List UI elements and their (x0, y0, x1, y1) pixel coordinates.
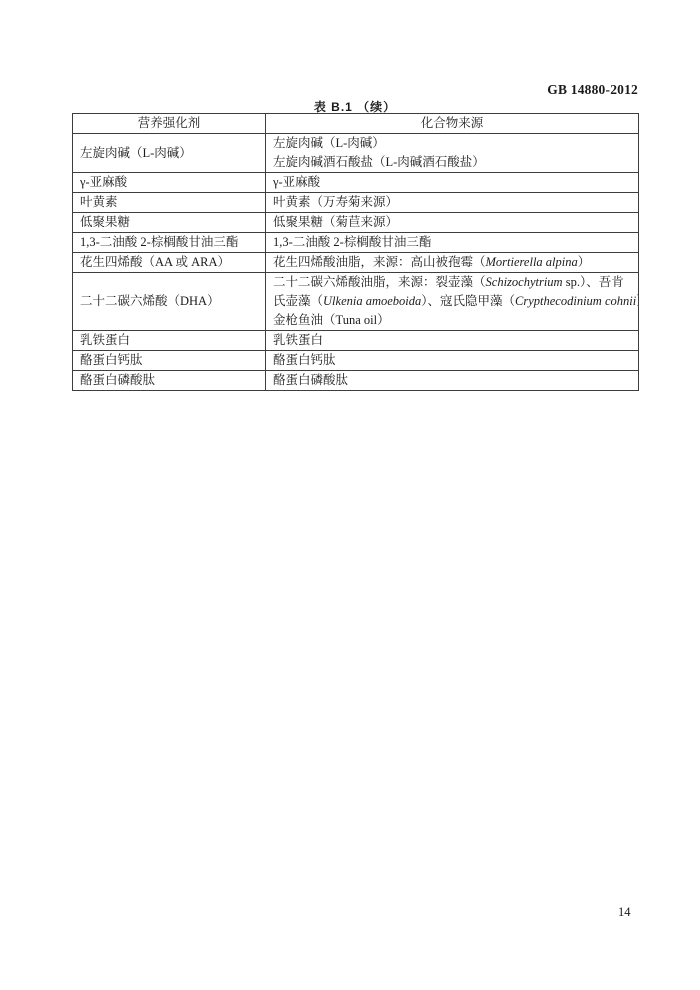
nutrient-source-table: 营养强化剂 化合物来源 左旋肉碱（L-肉碱）左旋肉碱（L-肉碱）左旋肉碱酒石酸盐… (72, 113, 639, 391)
source-line: 酪蛋白磷酸肽 (273, 371, 631, 390)
column-header-fortifier: 营养强化剂 (73, 114, 266, 134)
table-row: 左旋肉碱（L-肉碱）左旋肉碱（L-肉碱）左旋肉碱酒石酸盐（L-肉碱酒石酸盐） (73, 134, 639, 173)
table-row: 二十二碳六烯酸（DHA）二十二碳六烯酸油脂，来源：裂壶藻（Schizochytr… (73, 273, 639, 331)
source-cell: 低聚果糖（菊苣来源） (266, 213, 639, 233)
source-line: 金枪鱼油（Tuna oil） (273, 311, 631, 330)
source-line: 酪蛋白钙肽 (273, 351, 631, 370)
standard-number: GB 14880-2012 (547, 82, 638, 98)
source-line: 1,3-二油酸 2-棕榈酸甘油三酯 (273, 233, 631, 252)
fortifier-cell: 叶黄素 (73, 193, 266, 213)
fortifier-cell: 1,3-二油酸 2-棕榈酸甘油三酯 (73, 233, 266, 253)
table-header-row: 营养强化剂 化合物来源 (73, 114, 639, 134)
document-page: GB 14880-2012 表 B.1 （续） 营养强化剂 化合物来源 左旋肉碱… (0, 0, 700, 990)
table-row: 1,3-二油酸 2-棕榈酸甘油三酯1,3-二油酸 2-棕榈酸甘油三酯 (73, 233, 639, 253)
source-line: 叶黄素（万寿菊来源） (273, 193, 631, 212)
source-line: 氏壶藻（Ulkenia amoeboida）、寇氏隐甲藻（Crypthecodi… (273, 292, 631, 311)
fortifier-cell: 左旋肉碱（L-肉碱） (73, 134, 266, 173)
source-cell: 二十二碳六烯酸油脂，来源：裂壶藻（Schizochytrium sp.）、吾肯氏… (266, 273, 639, 331)
source-cell: 叶黄素（万寿菊来源） (266, 193, 639, 213)
fortifier-cell: 低聚果糖 (73, 213, 266, 233)
source-line: 二十二碳六烯酸油脂，来源：裂壶藻（Schizochytrium sp.）、吾肯 (273, 273, 631, 292)
column-header-source: 化合物来源 (266, 114, 639, 134)
fortifier-cell: 酪蛋白磷酸肽 (73, 371, 266, 391)
fortifier-cell: 花生四烯酸（AA 或 ARA） (73, 253, 266, 273)
table-body: 左旋肉碱（L-肉碱）左旋肉碱（L-肉碱）左旋肉碱酒石酸盐（L-肉碱酒石酸盐）γ-… (73, 134, 639, 391)
page-number: 14 (618, 905, 631, 920)
table-row: 叶黄素叶黄素（万寿菊来源） (73, 193, 639, 213)
source-cell: 乳铁蛋白 (266, 331, 639, 351)
table-row: 低聚果糖低聚果糖（菊苣来源） (73, 213, 639, 233)
source-cell: 花生四烯酸油脂，来源：高山被孢霉（Mortierella alpina） (266, 253, 639, 273)
source-cell: γ-亚麻酸 (266, 173, 639, 193)
fortifier-cell: 二十二碳六烯酸（DHA） (73, 273, 266, 331)
source-cell: 酪蛋白磷酸肽 (266, 371, 639, 391)
fortifier-cell: 酪蛋白钙肽 (73, 351, 266, 371)
source-cell: 左旋肉碱（L-肉碱）左旋肉碱酒石酸盐（L-肉碱酒石酸盐） (266, 134, 639, 173)
table-row: 酪蛋白磷酸肽酪蛋白磷酸肽 (73, 371, 639, 391)
source-line: 低聚果糖（菊苣来源） (273, 213, 631, 232)
table-row: 乳铁蛋白乳铁蛋白 (73, 331, 639, 351)
source-line: 左旋肉碱酒石酸盐（L-肉碱酒石酸盐） (273, 153, 631, 172)
source-cell: 1,3-二油酸 2-棕榈酸甘油三酯 (266, 233, 639, 253)
source-line: 乳铁蛋白 (273, 331, 631, 350)
table-row: 酪蛋白钙肽酪蛋白钙肽 (73, 351, 639, 371)
fortifier-cell: 乳铁蛋白 (73, 331, 266, 351)
source-line: 花生四烯酸油脂，来源：高山被孢霉（Mortierella alpina） (273, 253, 631, 272)
fortifier-cell: γ-亚麻酸 (73, 173, 266, 193)
source-line: γ-亚麻酸 (273, 173, 631, 192)
source-line: 左旋肉碱（L-肉碱） (273, 134, 631, 153)
source-cell: 酪蛋白钙肽 (266, 351, 639, 371)
table-row: γ-亚麻酸γ-亚麻酸 (73, 173, 639, 193)
table-row: 花生四烯酸（AA 或 ARA）花生四烯酸油脂，来源：高山被孢霉（Mortiere… (73, 253, 639, 273)
